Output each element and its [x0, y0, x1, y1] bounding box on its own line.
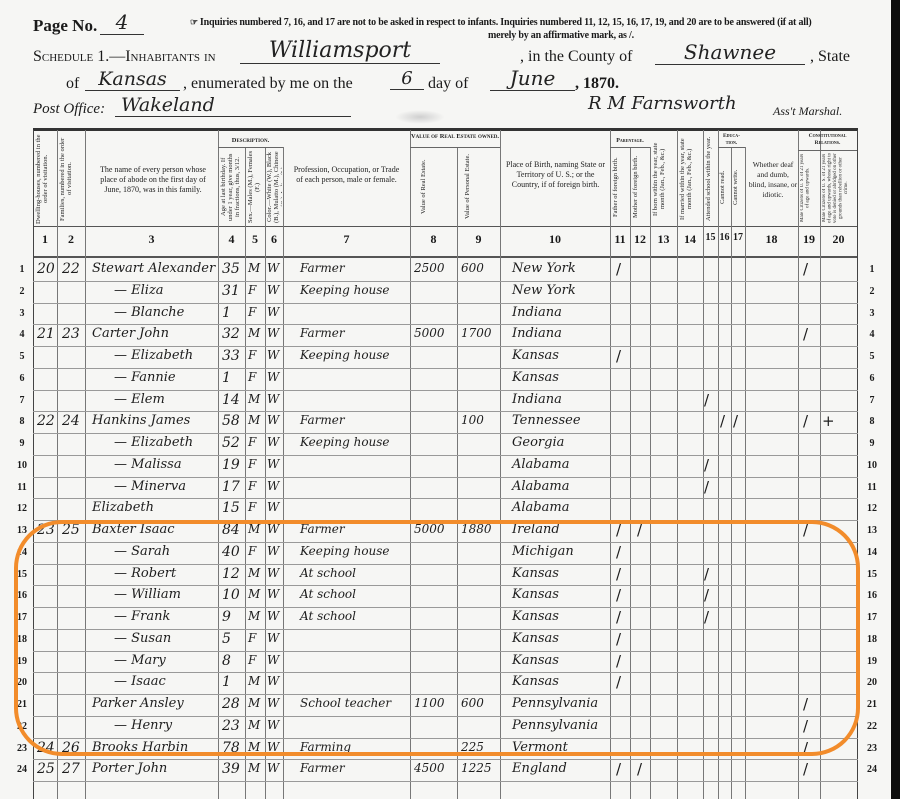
instructions-line-2: merely by an affirmative mark, as /.: [488, 30, 634, 41]
row-number-right: 5: [864, 351, 880, 362]
group-header-description: Description.: [218, 136, 283, 146]
column-divider: [410, 130, 411, 799]
color-cell: W: [267, 631, 279, 645]
personal-estate-cell: 1225: [461, 761, 492, 775]
of-label: of: [66, 75, 79, 93]
row-number-right: 15: [864, 569, 880, 580]
row-number-right: 4: [864, 329, 880, 340]
occupation-cell: Keeping house: [300, 348, 390, 362]
age-cell: 33: [222, 348, 240, 364]
name-cell: — Susan: [114, 631, 171, 646]
cannot-read-mark: /: [720, 412, 725, 430]
father-foreign-mark: /: [616, 586, 621, 604]
group-header-parentage: Parentage.: [610, 136, 650, 146]
name-cell: — William: [114, 587, 181, 602]
color-cell: W: [267, 674, 279, 688]
sex-cell: F: [248, 544, 256, 558]
row-number-left: 16: [14, 590, 30, 601]
color-cell: W: [267, 392, 279, 406]
mother-foreign-mark: /: [637, 760, 642, 778]
name-cell: — Blanche: [114, 305, 184, 320]
row-number-right: 1: [864, 264, 880, 275]
row-divider: [33, 520, 858, 521]
age-cell: 58: [222, 413, 240, 429]
group-rule: [798, 150, 857, 151]
citizen-mark: /: [803, 739, 808, 757]
school-mark: /: [704, 586, 709, 604]
row-number-right: 3: [864, 308, 880, 319]
name-cell: — Frank: [114, 609, 170, 624]
dwelling-cell: 23: [37, 522, 55, 538]
sex-cell: M: [248, 522, 260, 536]
citizen-mark: /: [803, 412, 808, 430]
group-rule: [718, 147, 745, 148]
age-cell: 9: [222, 609, 231, 625]
row-number-right: 22: [864, 721, 880, 732]
sex-cell: F: [248, 457, 256, 471]
name-cell: — Elem: [114, 392, 165, 407]
col-header-cannot-write: Cannot write.: [732, 150, 744, 224]
group-header-value: Value of Real Estate owned.: [410, 133, 500, 140]
row-number-right: 14: [864, 547, 880, 558]
group-rule: [218, 147, 283, 148]
col-header-dwelling: Dwelling-houses, numbered in the order o…: [35, 134, 55, 224]
father-foreign-mark: /: [616, 630, 621, 648]
sex-cell: M: [248, 261, 260, 275]
row-number-right: 19: [864, 656, 880, 667]
birthplace-cell: Alabama: [512, 479, 569, 494]
family-cell: 24: [62, 413, 80, 429]
school-mark: /: [704, 608, 709, 626]
row-divider: [33, 651, 858, 652]
sex-cell: F: [248, 305, 256, 319]
name-cell: — Minerva: [114, 479, 186, 494]
citizen-mark: /: [803, 260, 808, 278]
day-field: 6: [390, 68, 424, 90]
group-header-education: Educa-tion.: [718, 133, 745, 147]
row-number-left: 9: [14, 438, 30, 449]
color-cell: W: [267, 740, 279, 754]
father-foreign-mark: /: [616, 565, 621, 583]
row-number-left: 20: [14, 677, 30, 688]
col-header-disability: Whether deaf and dumb, blind, insane, or…: [748, 160, 798, 200]
dwelling-cell: 21: [37, 326, 55, 342]
birthplace-cell: Vermont: [512, 740, 568, 755]
color-cell: W: [267, 609, 279, 623]
state-label: , State: [810, 48, 850, 66]
row-number-left: 7: [14, 395, 30, 406]
sex-cell: M: [248, 696, 260, 710]
birthplace-cell: Pennsylvania: [512, 696, 598, 711]
column-number: 3: [85, 232, 218, 247]
column-divider: [85, 130, 86, 799]
school-mark: /: [704, 456, 709, 474]
citizen-mark: /: [803, 521, 808, 539]
age-cell: 40: [222, 544, 240, 560]
group-rule: [410, 147, 500, 148]
column-number: 17: [731, 232, 745, 243]
row-number-left: 12: [14, 503, 30, 514]
name-cell: Stewart Alexander: [92, 261, 215, 276]
column-divider: [677, 130, 678, 799]
row-number-left: 5: [14, 351, 30, 362]
age-cell: 5: [222, 631, 231, 647]
post-office-field: Wakeland: [115, 94, 351, 117]
occupation-cell: Keeping house: [300, 435, 390, 449]
month-field: June: [490, 66, 575, 91]
smudge: [395, 110, 445, 124]
birthplace-cell: Michigan: [512, 544, 574, 559]
col-header-age: Age at last birthday. If under 1 year, g…: [220, 150, 243, 224]
column-divider: [57, 130, 58, 799]
column-number: 18: [745, 232, 798, 247]
sex-cell: M: [248, 718, 260, 732]
color-cell: W: [267, 522, 279, 536]
row-number-right: 6: [864, 373, 880, 384]
name-cell: Porter John: [92, 761, 167, 776]
name-cell: Elizabeth: [92, 500, 154, 515]
row-number-left: 18: [14, 634, 30, 645]
occupation-cell: Farmer: [300, 261, 345, 275]
occupation-cell: Farmer: [300, 761, 345, 775]
sex-cell: F: [248, 479, 256, 493]
row-number-left: 17: [14, 612, 30, 623]
age-cell: 28: [222, 696, 240, 712]
sex-cell: M: [248, 674, 260, 688]
row-number-left: 3: [14, 308, 30, 319]
col-header-sex: Sex.—Males (M.), Females (F.): [247, 150, 263, 224]
personal-estate-cell: 1700: [461, 326, 492, 340]
age-cell: 14: [222, 392, 240, 408]
school-mark: /: [704, 478, 709, 496]
row-number-right: 11: [864, 482, 880, 493]
row-number-right: 9: [864, 438, 880, 449]
age-cell: 1: [222, 370, 231, 386]
age-cell: 15: [222, 500, 240, 516]
occupation-cell: School teacher: [300, 696, 391, 710]
sex-cell: F: [248, 435, 256, 449]
father-foreign-mark: /: [616, 673, 621, 691]
color-cell: W: [267, 544, 279, 558]
color-cell: W: [267, 761, 279, 775]
sex-cell: M: [248, 566, 260, 580]
row-number-left: 15: [14, 569, 30, 580]
birthplace-cell: Kansas: [512, 674, 559, 689]
age-cell: 32: [222, 326, 240, 342]
name-cell: — Isaac: [114, 674, 166, 689]
column-number: 11: [610, 232, 630, 247]
color-cell: W: [267, 326, 279, 340]
row-divider: [33, 629, 858, 630]
row-number-right: 13: [864, 525, 880, 536]
column-divider: [718, 130, 719, 799]
row-divider: [33, 716, 858, 717]
column-number: 15: [703, 232, 718, 243]
personal-estate-cell: 100: [461, 413, 484, 427]
col-header-vote-denied: Male Citizens of U. S. of 21 years of ag…: [822, 152, 856, 224]
row-divider: [33, 390, 858, 391]
birthplace-cell: Georgia: [512, 435, 564, 450]
row-number-right: 7: [864, 395, 880, 406]
personal-estate-cell: 600: [461, 261, 484, 275]
row-number-right: 8: [864, 416, 880, 427]
name-cell: Brooks Harbin: [92, 740, 188, 755]
name-cell: Carter John: [92, 326, 169, 341]
column-number: 14: [677, 232, 703, 247]
page-number-value: 4: [100, 10, 144, 35]
col-header-real-estate: Value of Real Estate.: [420, 150, 448, 224]
age-cell: 31: [222, 283, 240, 299]
color-cell: W: [267, 305, 279, 319]
age-cell: 1: [222, 305, 231, 321]
row-divider: [33, 477, 858, 478]
group-rule: [610, 147, 650, 148]
birthplace-cell: Alabama: [512, 457, 569, 472]
name-cell: Parker Ansley: [92, 696, 184, 711]
real-estate-cell: 5000: [414, 326, 445, 340]
row-divider: [33, 759, 858, 760]
birthplace-cell: Kansas: [512, 370, 559, 385]
family-cell: 23: [62, 326, 80, 342]
birthplace-cell: Kansas: [512, 609, 559, 624]
column-number: 12: [630, 232, 650, 247]
column-number: 19: [798, 232, 820, 247]
birthplace-cell: Alabama: [512, 500, 569, 515]
birthplace-cell: Kansas: [512, 348, 559, 363]
page-number-label: Page No.: [33, 16, 97, 36]
sex-cell: F: [248, 653, 256, 667]
column-number: 4: [218, 232, 245, 247]
color-cell: W: [267, 413, 279, 427]
age-cell: 52: [222, 435, 240, 451]
row-divider: [33, 368, 858, 369]
row-number-left: 10: [14, 460, 30, 471]
birthplace-cell: New York: [512, 283, 576, 298]
name-cell: — Mary: [114, 653, 166, 668]
color-cell: W: [267, 500, 279, 514]
col-header-color: Color.—White (W.), Black (B.), Mulatto (…: [266, 150, 282, 224]
schedule-label: Schedule 1.—Inhabitants in: [33, 48, 216, 66]
color-cell: W: [267, 283, 279, 297]
age-cell: 17: [222, 479, 240, 495]
birthplace-cell: Kansas: [512, 631, 559, 646]
column-divider: [610, 130, 611, 799]
row-number-right: 12: [864, 503, 880, 514]
occupation-cell: Farming: [300, 740, 351, 754]
name-cell: — Fannie: [114, 370, 176, 385]
vote-denied-mark: +: [822, 412, 835, 430]
row-divider: [33, 585, 858, 586]
row-number-left: 23: [14, 743, 30, 754]
real-estate-cell: 5000: [414, 522, 445, 536]
column-divider: [33, 130, 34, 799]
row-divider: [33, 607, 858, 608]
year-label: , 1870.: [575, 75, 619, 93]
name-cell: Hankins James: [92, 413, 190, 428]
name-cell: — Sarah: [114, 544, 170, 559]
age-cell: 78: [222, 740, 240, 756]
row-divider: [33, 281, 858, 282]
marshal-signature: R M Farnsworth: [588, 93, 737, 114]
family-cell: 25: [62, 522, 80, 538]
column-number: 5: [245, 232, 265, 247]
school-mark: /: [704, 565, 709, 583]
col-header-personal-estate: Value of Personal Estate.: [464, 150, 492, 224]
real-estate-cell: 4500: [414, 761, 445, 775]
age-cell: 35: [222, 261, 240, 277]
birthplace-cell: Pennsylvania: [512, 718, 598, 733]
col-header-attended-school: Attended school within the year.: [705, 134, 717, 224]
column-divider: [218, 130, 219, 799]
age-cell: 8: [222, 653, 231, 669]
color-cell: W: [267, 457, 279, 471]
occupation-cell: Farmer: [300, 522, 345, 536]
color-cell: W: [267, 348, 279, 362]
birthplace-cell: Indiana: [512, 326, 562, 341]
personal-estate-cell: 600: [461, 696, 484, 710]
row-number-left: 1: [14, 264, 30, 275]
row-number-right: 10: [864, 460, 880, 471]
occupation-cell: At school: [300, 609, 356, 623]
row-number-right: 21: [864, 699, 880, 710]
sex-cell: M: [248, 587, 260, 601]
age-cell: 19: [222, 457, 240, 473]
color-cell: W: [267, 435, 279, 449]
row-number-left: 4: [14, 329, 30, 340]
row-number-right: 24: [864, 764, 880, 775]
school-mark: /: [704, 391, 709, 409]
column-number: 13: [650, 232, 677, 247]
sex-cell: M: [248, 326, 260, 340]
occupation-cell: Farmer: [300, 326, 345, 340]
row-number-right: 2: [864, 286, 880, 297]
col-header-born-in-year: If born within the year, state month (Ja…: [652, 134, 675, 224]
row-number-left: 13: [14, 525, 30, 536]
column-divider: [857, 130, 858, 799]
citizen-mark: /: [803, 760, 808, 778]
sex-cell: F: [248, 283, 256, 297]
age-cell: 1: [222, 674, 231, 690]
sex-cell: M: [248, 740, 260, 754]
col-header-cannot-read: Cannot read.: [719, 150, 731, 224]
birthplace-cell: Kansas: [512, 566, 559, 581]
name-cell: — Elizabeth: [114, 348, 193, 363]
occupation-cell: At school: [300, 587, 356, 601]
column-divider: [500, 130, 501, 799]
dwelling-cell: 20: [37, 261, 55, 277]
birthplace-cell: Kansas: [512, 653, 559, 668]
row-divider: [33, 303, 858, 304]
color-cell: W: [267, 587, 279, 601]
occupation-cell: Keeping house: [300, 283, 390, 297]
color-cell: W: [267, 696, 279, 710]
row-divider: [33, 672, 858, 673]
row-number-left: 8: [14, 416, 30, 427]
county-field: Shawnee: [655, 40, 805, 65]
scan-edge: [891, 0, 900, 799]
marshal-label: Ass't Marshal.: [773, 104, 842, 119]
dwelling-cell: 22: [37, 413, 55, 429]
color-cell: W: [267, 566, 279, 580]
day-of-label: day of: [428, 75, 468, 93]
name-cell: — Malissa: [114, 457, 182, 472]
dwelling-cell: 24: [37, 740, 55, 756]
row-number-right: 16: [864, 590, 880, 601]
real-estate-cell: 1100: [414, 696, 445, 710]
row-number-left: 2: [14, 286, 30, 297]
column-number: 9: [457, 232, 500, 247]
row-number-left: 24: [14, 764, 30, 775]
family-cell: 27: [62, 761, 80, 777]
col-header-male-citizens: Male Citizens of U. S. of 21 years of ag…: [800, 152, 818, 224]
mother-foreign-mark: /: [637, 521, 642, 539]
col-header-birthplace: Place of Birth, naming State or Territor…: [503, 160, 608, 190]
family-cell: 22: [62, 261, 80, 277]
county-label: , in the County of: [520, 48, 632, 66]
row-number-left: 6: [14, 373, 30, 384]
occupation-cell: Keeping house: [300, 544, 390, 558]
age-cell: 84: [222, 522, 240, 538]
row-number-right: 18: [864, 634, 880, 645]
column-number: 8: [410, 232, 457, 247]
col-header-name: The name of every person whose place of …: [92, 165, 214, 195]
sex-cell: M: [248, 392, 260, 406]
occupation-cell: At school: [300, 566, 356, 580]
row-number-left: 21: [14, 699, 30, 710]
father-foreign-mark: /: [616, 652, 621, 670]
col-header-family: Families, numbered in the order of visit…: [59, 134, 83, 224]
township-field: Williamsport: [240, 38, 440, 64]
col-header-married-in-year: If married within the year, state month …: [679, 134, 702, 224]
column-number: 2: [57, 232, 85, 247]
group-header-constitutional: Constitutional Relations.: [798, 133, 857, 147]
row-divider: [33, 781, 858, 782]
row-number-right: 17: [864, 612, 880, 623]
age-cell: 12: [222, 566, 240, 582]
sex-cell: F: [248, 631, 256, 645]
family-cell: 26: [62, 740, 80, 756]
citizen-mark: /: [803, 695, 808, 713]
birthplace-cell: Ireland: [512, 522, 560, 537]
col-header-father-foreign: Father of foreign birth.: [612, 150, 628, 224]
dwelling-cell: 25: [37, 761, 55, 777]
citizen-mark: /: [803, 325, 808, 343]
sex-cell: M: [248, 609, 260, 623]
birthplace-cell: Kansas: [512, 587, 559, 602]
age-cell: 23: [222, 718, 240, 734]
column-number: 20: [820, 232, 857, 247]
personal-estate-cell: 1880: [461, 522, 492, 536]
state-field: Kansas: [85, 68, 180, 91]
row-number-left: 22: [14, 721, 30, 732]
row-divider: [33, 455, 858, 456]
row-divider: [33, 498, 858, 499]
col-header-mother-foreign: Mother of foreign birth.: [632, 150, 648, 224]
birthplace-cell: Tennessee: [512, 413, 581, 428]
personal-estate-cell: 225: [461, 740, 484, 754]
row-number-right: 23: [864, 743, 880, 754]
row-number-left: 14: [14, 547, 30, 558]
row-divider: [33, 433, 858, 434]
column-number: 10: [500, 232, 610, 247]
row-number-left: 19: [14, 656, 30, 667]
column-divider: [731, 147, 732, 799]
table-top-rule: [33, 128, 858, 131]
sex-cell: M: [248, 761, 260, 775]
occupation-cell: Farmer: [300, 413, 345, 427]
instructions-line-1: ☞ Inquiries numbered 7, 16, and 17 are n…: [190, 17, 812, 28]
color-cell: W: [267, 261, 279, 275]
